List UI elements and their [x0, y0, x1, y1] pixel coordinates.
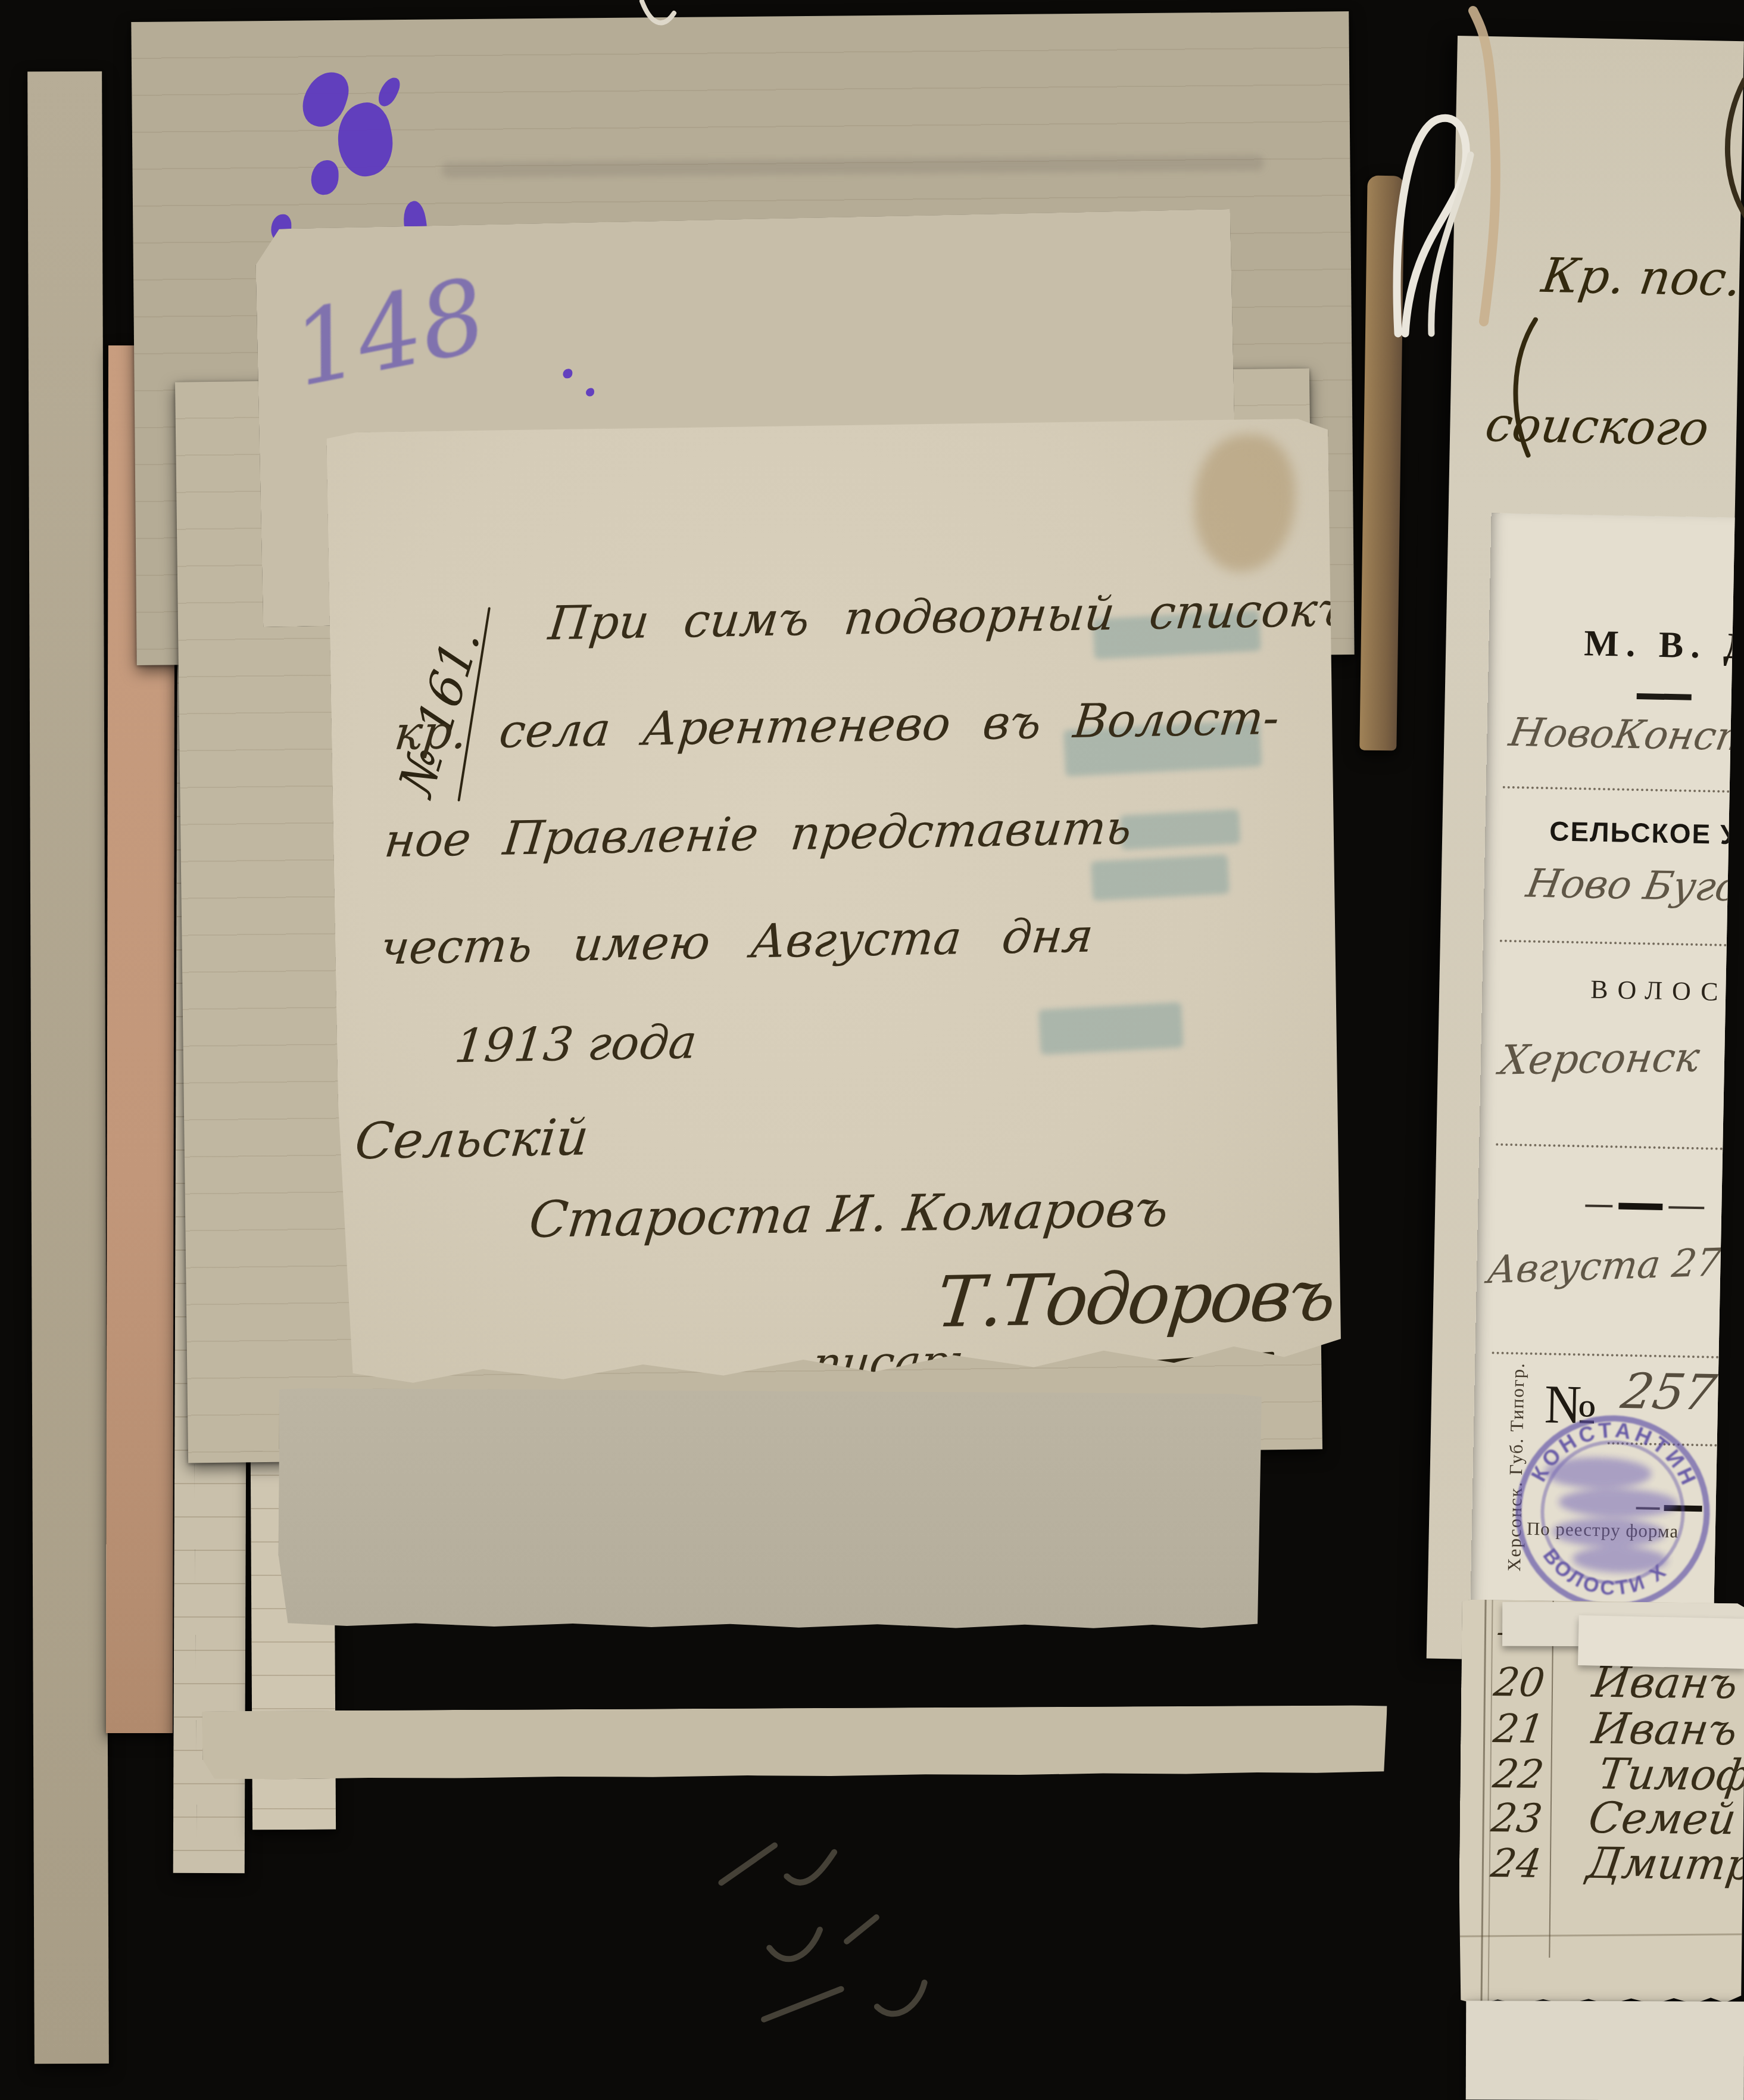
ledger-row: 22 Тимоф: [1491, 1751, 1744, 1796]
ledger-name: Семей: [1586, 1793, 1739, 1844]
divider-rule: [1585, 1204, 1612, 1207]
ledger-crease: [1459, 1933, 1743, 1937]
bottom-right-sheet: [1466, 2001, 1744, 2100]
form-office: СЕЛЬСКОЕ УПРАВ: [1549, 815, 1735, 852]
scribe-signature: Т.Тодоровъ: [934, 1260, 1337, 1337]
volost-stamp: КОНСТАНТИН ВОЛОСТИ Х: [1506, 1406, 1720, 1619]
ledger-margin-line: [1487, 1600, 1493, 2006]
paper-stain: [1193, 434, 1296, 572]
note-line: При симъ подворный списокъ: [547, 587, 1351, 647]
address-line-1: Кр. пос.: [1539, 252, 1744, 303]
ledger-num: 21: [1491, 1706, 1547, 1752]
note-sheet: № 161. При симъ подворный списокъ кр. се…: [326, 415, 1344, 1387]
torn-strip: [202, 1705, 1388, 1780]
form-volost-name: Ново Бугск: [1524, 864, 1735, 908]
dotted-line: [1496, 1144, 1723, 1150]
ledger-page: 19 20 Иванъ 21 Иванъ 22 Тимоф 23 Семей 2…: [1458, 1600, 1744, 2009]
page-number-faint: 148: [283, 257, 496, 410]
ledger-num: 20: [1492, 1659, 1548, 1706]
ledger-margin-line: [1480, 1600, 1486, 2006]
bleedthrough-row: [442, 155, 1263, 177]
divider-rule: [1668, 1206, 1704, 1209]
right-page: Кр. пос. соиского М. В. Д НовоКонстан СЕ…: [1427, 36, 1744, 1664]
ministry-rule: [1637, 693, 1692, 700]
form-date: Августа 27 д: [1486, 1242, 1735, 1289]
pencil-scribbles: [697, 1827, 1116, 2056]
form-ministry: М. В. Д: [1584, 625, 1735, 665]
cutoff-stroke: [1684, 73, 1744, 241]
purple-ink-blot: [311, 160, 339, 195]
purple-ink-dot: [586, 388, 594, 396]
ledger-name: Иванъ: [1589, 1703, 1740, 1755]
gray-green-sheet: [278, 1388, 1262, 1632]
teal-bleedthrough: [1120, 809, 1241, 850]
ledger-num: 22: [1490, 1751, 1546, 1797]
note-line: ное Правленіе представить: [382, 805, 1134, 864]
form-settlement: НовоКонстан: [1506, 713, 1735, 758]
purple-ink-blot: [375, 74, 403, 110]
closing-starosta: Староста И. Комаровъ: [527, 1183, 1171, 1245]
dotted-line: [1500, 940, 1727, 946]
paper-strip-left: [27, 71, 109, 2064]
form-panel: М. В. Д НовоКонстан СЕЛЬСКОЕ УПРАВ Ново …: [1470, 513, 1735, 1663]
teal-bleedthrough: [1038, 1002, 1184, 1055]
ledger-row: 23 Семей: [1489, 1795, 1739, 1840]
ledger-row: 21 Иванъ: [1492, 1706, 1740, 1751]
ledger-row: 24 Дмитр: [1489, 1840, 1744, 1886]
ledger-num: 24: [1489, 1840, 1545, 1887]
ledger-name: Дмитр: [1584, 1838, 1744, 1890]
purple-ink-dot: [563, 369, 572, 378]
divider-rule-thick: [1618, 1203, 1662, 1210]
ledger-num: 23: [1489, 1795, 1545, 1842]
form-volost-label: ВОЛОСТИ: [1590, 977, 1735, 1007]
address-line-2: соиского: [1483, 401, 1712, 453]
dotted-line: [1503, 786, 1730, 793]
note-line: честь имею Августа дня: [378, 912, 1096, 971]
overlay-strip: [1578, 1615, 1744, 1669]
form-province: Херсонск: [1497, 1037, 1702, 1081]
teal-bleedthrough: [1091, 855, 1230, 901]
folded-brown-edge: [1359, 176, 1404, 751]
archival-photo: 3295 148: [0, 0, 1744, 2100]
note-line: 1913 года: [453, 1019, 699, 1070]
closing-role: Сельскій: [352, 1112, 591, 1166]
